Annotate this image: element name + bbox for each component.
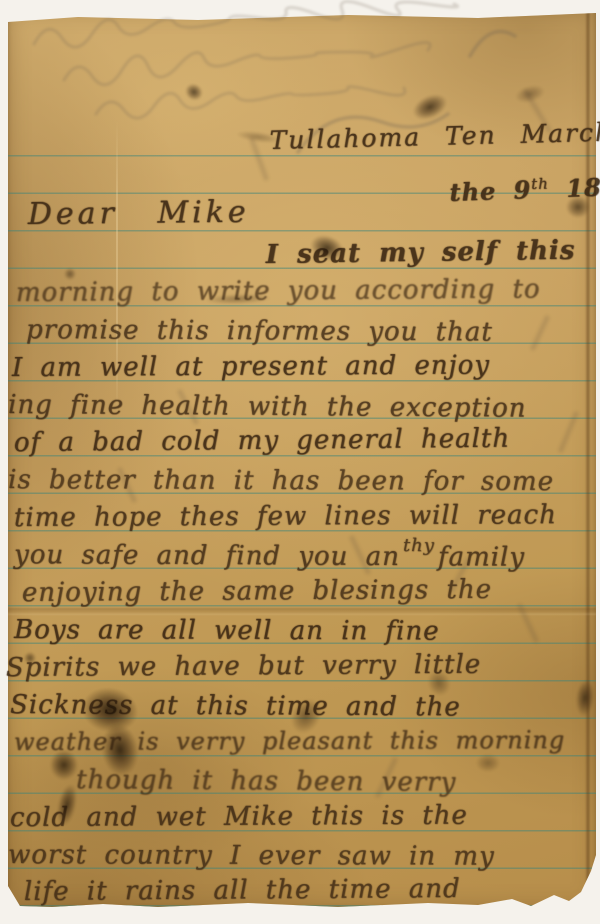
scan-background: { "document": { "kind": "Handwritten let…	[0, 0, 600, 924]
letter-scan: Tullahoma Ten March the 9th 1863 Dear Mi…	[0, 0, 600, 924]
fold-crease-vertical	[585, 10, 590, 908]
rule-lines	[8, 155, 596, 908]
fold-crease-horizontal	[8, 608, 596, 615]
letter-paper	[8, 10, 596, 908]
fold-crease-vertical-faint	[116, 120, 118, 420]
